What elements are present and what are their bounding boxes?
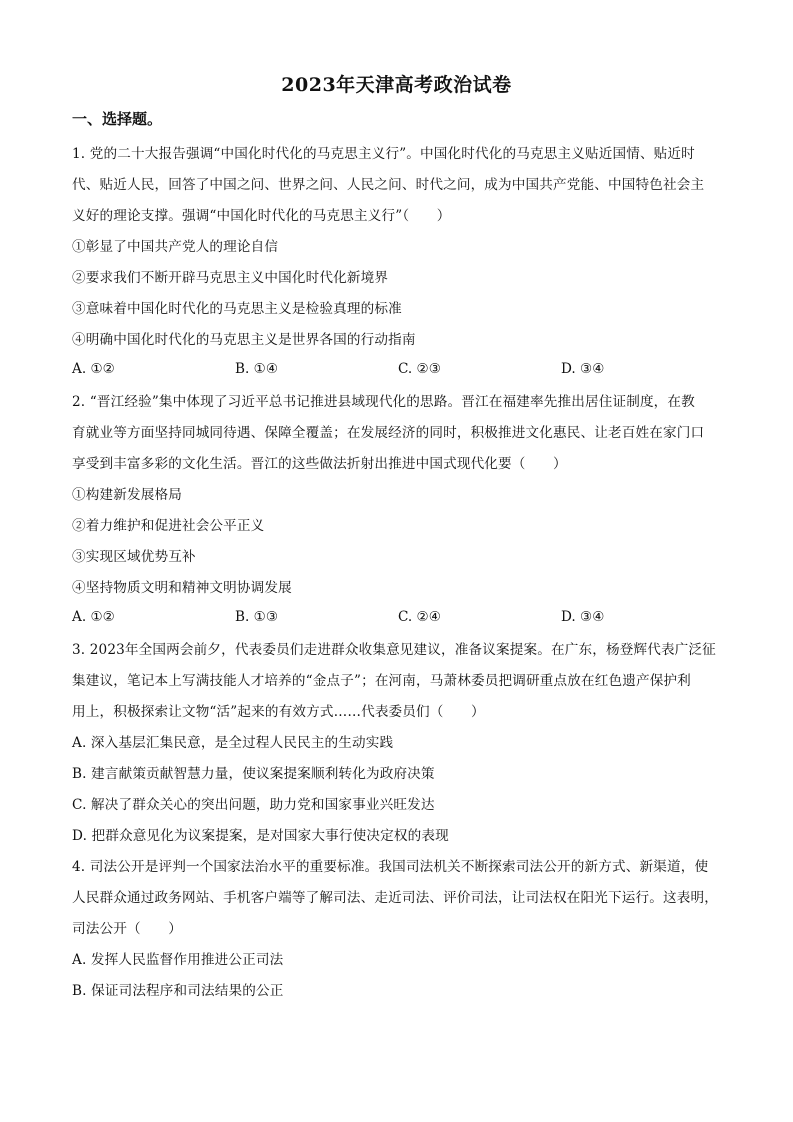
option-d[interactable]: D. ③④ [561, 609, 604, 625]
question-stem-line: 3. 2023年全国两会前夕，代表委员们走进群众收集意见建议，准备议案提案。在广… [72, 640, 727, 660]
statement: ③实现区域优势互补 [72, 547, 727, 567]
question-stem-line: 司法公开（ ） [72, 919, 727, 939]
option-c[interactable]: C. ②③ [398, 361, 441, 377]
statement: ④明确中国化时代化的马克思主义是世界各国的行动指南 [72, 330, 727, 350]
choice-b[interactable]: B. 建言献策贡献智慧力量，使议案提案顺利转化为政府决策 [72, 764, 727, 784]
statement: ①构建新发展格局 [72, 485, 727, 505]
option-a[interactable]: A. ①② [72, 361, 115, 377]
question-stem-line: 育就业等方面坚持同城同待遇、保障全覆盖；在发展经济的同时，积极推进文化惠民、让老… [72, 423, 727, 443]
option-d[interactable]: D. ③④ [561, 361, 604, 377]
question-stem-line: 享受到丰富多彩的文化生活。晋江的这些做法折射出推进中国式现代化要（ ） [72, 454, 727, 474]
question-stem-line: 代、贴近人民，回答了中国之问、世界之问、人民之问、时代之问，成为中国共产党能、中… [72, 175, 727, 195]
section-heading: 一、选择题。 [72, 108, 162, 129]
question-stem-line: 人民群众通过政务网站、手机客户端等了解司法、走近司法、评价司法，让司法权在阳光下… [72, 888, 727, 908]
option-a[interactable]: A. ①② [72, 609, 115, 625]
choice-a[interactable]: A. 发挥人民监督作用推进公正司法 [72, 950, 727, 970]
choice-d[interactable]: D. 把群众意见化为议案提案，是对国家大事行使决定权的表现 [72, 826, 727, 846]
answer-options: A. ①② B. ①③ C. ②④ D. ③④ [72, 609, 727, 629]
option-c[interactable]: C. ②④ [398, 609, 441, 625]
answer-options: A. ①② B. ①④ C. ②③ D. ③④ [72, 361, 727, 381]
statement: ④坚持物质文明和精神文明协调发展 [72, 578, 727, 598]
page-title: 2023年天津高考政治试卷 [0, 70, 793, 97]
question-stem-line: 集建议，笔记本上写满技能人才培养的“金点子”；在河南，马萧林委员把调研重点放在红… [72, 671, 727, 691]
question-stem-line: 1. 党的二十大报告强调“中国化时代化的马克思主义行”。中国化时代化的马克思主义… [72, 144, 727, 164]
choice-c[interactable]: C. 解决了群众关心的突出问题，助力党和国家事业兴旺发达 [72, 795, 727, 815]
statement: ①彰显了中国共产党人的理论自信 [72, 237, 727, 257]
option-b[interactable]: B. ①③ [235, 609, 278, 625]
statement: ③意味着中国化时代化的马克思主义是检验真理的标准 [72, 299, 727, 319]
option-b[interactable]: B. ①④ [235, 361, 278, 377]
question-stem-line: 2. “晋江经验”集中体现了习近平总书记推进县域现代化的思路。晋江在福建率先推出… [72, 392, 727, 412]
statement: ②着力维护和促进社会公平正义 [72, 516, 727, 536]
statement: ②要求我们不断开辟马克思主义中国化时代化新境界 [72, 268, 727, 288]
choice-a[interactable]: A. 深入基层汇集民意，是全过程人民民主的生动实践 [72, 733, 727, 753]
question-stem-line: 4. 司法公开是评判一个国家法治水平的重要标准。我国司法机关不断探索司法公开的新… [72, 857, 727, 877]
question-stem-line: 用上，积极探索让文物“活”起来的有效方式……代表委员们（ ） [72, 702, 727, 722]
choice-b[interactable]: B. 保证司法程序和司法结果的公正 [72, 981, 727, 1001]
question-stem-line: 义好的理论支撑。强调“中国化时代化的马克思主义行”（ ） [72, 206, 727, 226]
